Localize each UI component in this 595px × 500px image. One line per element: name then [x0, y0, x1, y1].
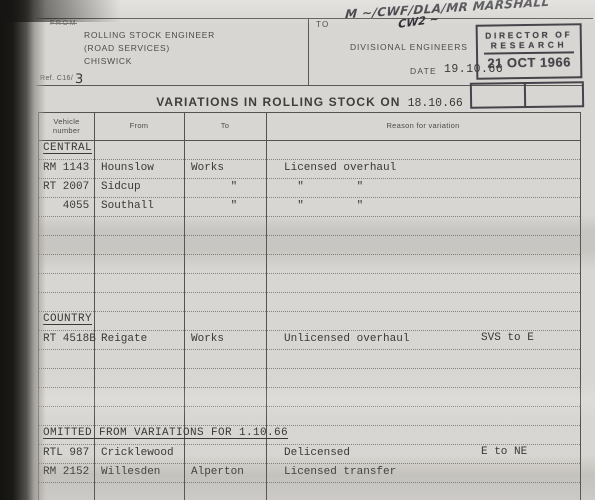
table-row-empty [39, 388, 580, 407]
letterhead-top-rule [36, 18, 593, 19]
ref-number-handwritten: 3 [75, 72, 84, 87]
scanned-memo-page: FROM ROLLING STOCK ENGINEER (ROAD SERVIC… [0, 0, 595, 500]
cell-vehicle: 4055 [39, 198, 94, 216]
cell-reason: Licensed overhaul [266, 160, 580, 178]
cell-from: Willesden [94, 464, 184, 482]
table-row: RT 2007Sidcup " " " [39, 179, 580, 198]
cell-to: Works [184, 331, 266, 349]
cell-to: Alperton [184, 464, 266, 482]
cell-reason: " " [266, 179, 580, 197]
ref-label: Ref. C16/ [40, 75, 73, 82]
cell-reason: " " [266, 198, 580, 216]
table-row: RT 4518BReigateWorksUnlicensed overhaulS… [39, 331, 580, 350]
table-row: OMITTED FROM VARIATIONS FOR 1.10.66 [39, 426, 580, 445]
table-row: CENTRAL [39, 141, 580, 160]
cell-to: " [184, 179, 266, 197]
section-heading: CENTRAL [43, 142, 92, 154]
stamp-initials-grid [470, 81, 584, 109]
from-label: FROM [50, 20, 77, 27]
received-stamp: DIRECTOR OF RESEARCH 21 OCT 1966 [476, 23, 583, 79]
cell-vehicle: RT 2007 [39, 179, 94, 197]
title-date: 18.10.66 [408, 97, 463, 110]
cell-to: " [184, 198, 266, 216]
stamp-grid-divider [524, 84, 526, 106]
table-row: COUNTRY [39, 312, 580, 331]
sender-line-2: (ROAD SERVICES) [84, 42, 215, 55]
table-row-empty [39, 217, 580, 236]
table-row: RM 1143HounslowWorksLicensed overhaul [39, 160, 580, 179]
table-row-empty [39, 483, 580, 500]
cell-reason: Licensed transfer [266, 464, 580, 482]
table-row-empty [39, 293, 580, 312]
table-row-empty [39, 236, 580, 255]
cell-vehicle: RTL 987 [39, 445, 94, 463]
cell-vehicle: RT 4518B [39, 331, 94, 349]
recipient: DIVISIONAL ENGINEERS [350, 42, 468, 52]
cell-from: Southall [94, 198, 184, 216]
column-header: From [94, 113, 184, 140]
column-header: To [184, 113, 266, 140]
cell-to [184, 445, 266, 463]
letterhead-divider-rule [308, 18, 309, 86]
date-label: DATE [410, 66, 437, 76]
column-header: Vehicle number [39, 113, 94, 140]
spanning-note: OMITTED FROM VARIATIONS FOR 1.10.66 [43, 427, 288, 439]
cell-from: Sidcup [94, 179, 184, 197]
table-header-row: Vehicle numberFromToReason for variation [39, 113, 580, 141]
cell-status-note: SVS to E [481, 332, 534, 344]
table-row-empty [39, 407, 580, 426]
cell-to: Works [184, 160, 266, 178]
cell-status-note: E to NE [481, 446, 527, 458]
stamp-date: 21 OCT 1966 [478, 54, 580, 70]
title-text: VARIATIONS IN ROLLING STOCK ON [156, 95, 400, 109]
stamp-line2: RESEARCH [478, 39, 580, 50]
to-label: TO [316, 20, 329, 29]
variations-table: Vehicle numberFromToReason for variation… [38, 112, 581, 500]
cell-from: Cricklewood [94, 445, 184, 463]
table-row: 4055Southall " " " [39, 198, 580, 217]
reference-number: Ref. C16/3 [40, 72, 84, 87]
table-row-empty [39, 369, 580, 388]
sender-line-3: CHISWICK [84, 55, 215, 68]
table-row: RM 2152WillesdenAlpertonLicensed transfe… [39, 464, 580, 483]
section-heading: COUNTRY [43, 313, 92, 325]
cell-from: Reigate [94, 331, 184, 349]
cell-from: Hounslow [94, 160, 184, 178]
cell-vehicle: RM 1143 [39, 160, 94, 178]
sender-address: ROLLING STOCK ENGINEER (ROAD SERVICES) C… [84, 29, 215, 68]
table-row-empty [39, 255, 580, 274]
sender-line-1: ROLLING STOCK ENGINEER [84, 29, 215, 42]
cell-vehicle: RM 2152 [39, 464, 94, 482]
table-row: RTL 987CricklewoodDelicensedE to NE [39, 445, 580, 464]
cell-reason: Delicensed [266, 445, 580, 463]
column-header: Reason for variation [266, 113, 580, 140]
table-body: CENTRALRM 1143HounslowWorksLicensed over… [39, 141, 580, 500]
table-row-empty [39, 350, 580, 369]
table-row-empty [39, 274, 580, 293]
